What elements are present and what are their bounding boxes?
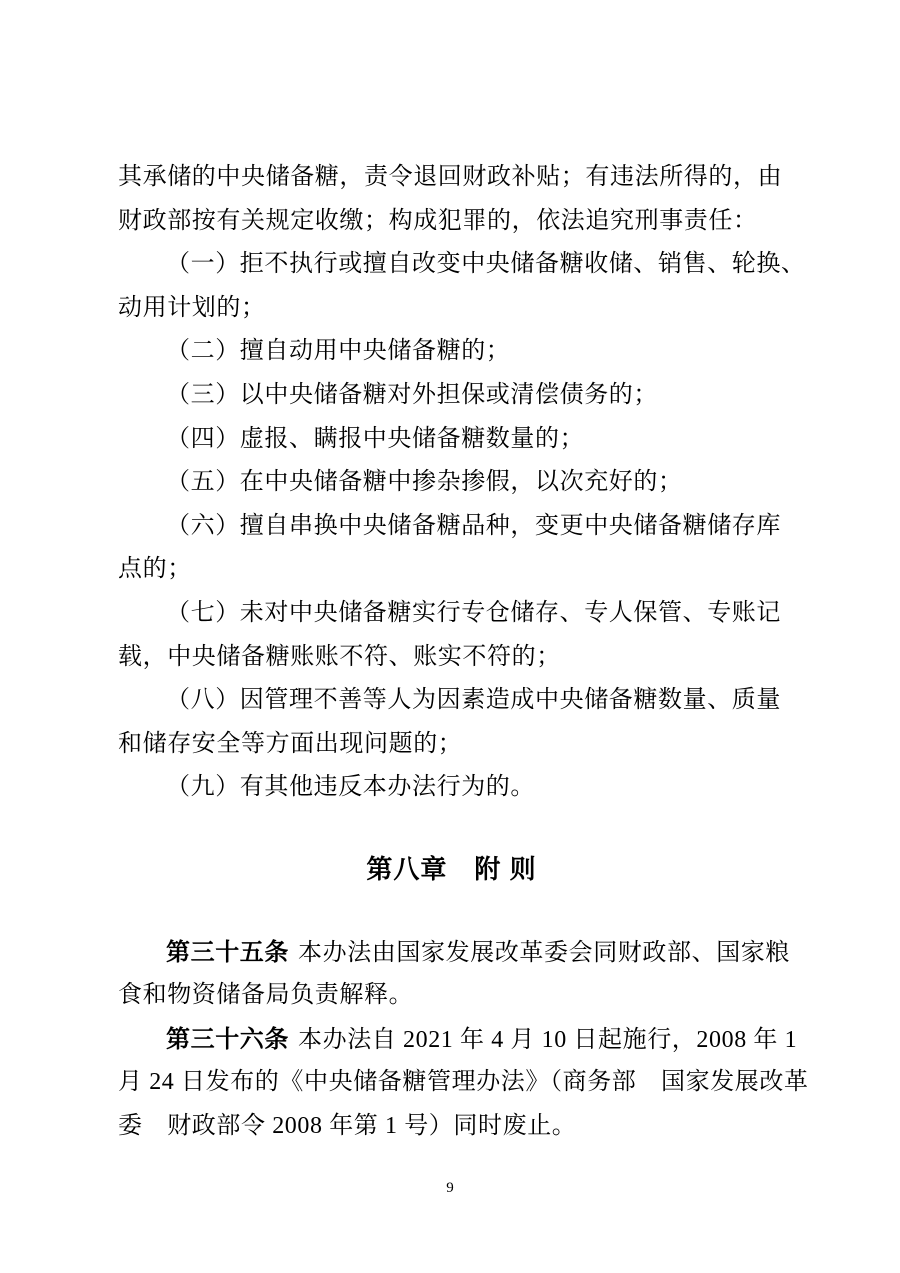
document-text-block: 其承储的中央储备糖，责令退回财政补贴；有违法所得的，由 财政部按有关规定收缴；构…: [118, 156, 785, 1148]
list-item-line: 点的；: [118, 548, 785, 592]
line-text: 其承储的中央储备糖，责令退回财政补贴；有违法所得的，由: [118, 164, 782, 190]
line-text: 和储存安全等方面出现问题的；: [118, 731, 462, 757]
line-text: （七）未对中央储备糖实行专仓储存、专人保管、专账记: [166, 600, 781, 626]
list-item-line: （九）有其他违反本办法行为的。: [118, 766, 785, 810]
article-line: 第三十六条本办法自 2021 年 4 月 10 日起施行，2008 年 1: [118, 1018, 785, 1062]
list-item-line: （三）以中央储备糖对外担保或清偿债务的；: [118, 374, 785, 418]
line-text: （五）在中央储备糖中掺杂掺假，以次充好的；: [166, 469, 683, 495]
chapter-heading: 第八章 附 则: [118, 848, 785, 892]
list-item-line: 动用计划的；: [118, 287, 785, 331]
article-number: 第三十五条: [166, 939, 289, 966]
page-number: 9: [0, 1179, 900, 1197]
line-text: （六）擅自串换中央储备糖品种，变更中央储备糖储存库: [166, 513, 781, 539]
article-line: 委 财政部令 2008 年第 1 号）同时废止。: [118, 1105, 785, 1149]
list-item-line: （五）在中央储备糖中掺杂掺假，以次充好的；: [118, 461, 785, 505]
article-line: 食和物资储备局负责解释。: [118, 974, 785, 1018]
article-line: 第三十五条本办法由国家发展改革委会同财政部、国家粮: [118, 931, 785, 975]
line-text: （二）擅自动用中央储备糖的；: [166, 338, 510, 364]
line-text: 动用计划的；: [118, 295, 266, 321]
body-line: 其承储的中央储备糖，责令退回财政补贴；有违法所得的，由: [118, 156, 785, 200]
line-text: 本办法由国家发展改革委会同财政部、国家粮: [298, 940, 790, 966]
list-item-line: （六）擅自串换中央储备糖品种，变更中央储备糖储存库: [118, 505, 785, 549]
article-number: 第三十六条: [166, 1026, 289, 1053]
list-item-line: （八）因管理不善等人为因素造成中央储备糖数量、质量: [118, 679, 785, 723]
line-text: （四）虚报、瞒报中央储备糖数量的；: [166, 426, 584, 452]
line-text: （一）拒不执行或擅自改变中央储备糖收储、销售、轮换、: [166, 251, 806, 277]
line-text: 食和物资储备局负责解释。: [118, 982, 413, 1008]
list-item-line: 载，中央储备糖账账不符、账实不符的；: [118, 636, 785, 680]
article-line: 月 24 日发布的《中央储备糖管理办法》（商务部 国家发展改革: [118, 1061, 785, 1105]
line-text: 本办法自 2021 年 4 月 10 日起施行，2008 年 1: [298, 1027, 797, 1053]
list-item-line: （四）虚报、瞒报中央储备糖数量的；: [118, 418, 785, 462]
line-text: 委 财政部令 2008 年第 1 号）同时废止。: [118, 1113, 576, 1139]
list-item-line: 和储存安全等方面出现问题的；: [118, 723, 785, 767]
line-text: （八）因管理不善等人为因素造成中央储备糖数量、质量: [166, 687, 781, 713]
line-text: 财政部按有关规定收缴；构成犯罪的，依法追究刑事责任：: [118, 208, 758, 234]
line-text: （三）以中央储备糖对外担保或清偿债务的；: [166, 382, 658, 408]
line-text: （九）有其他违反本办法行为的。: [166, 774, 535, 800]
list-item-line: （七）未对中央储备糖实行专仓储存、专人保管、专账记: [118, 592, 785, 636]
list-item-line: （二）擅自动用中央储备糖的；: [118, 330, 785, 374]
list-item-line: （一）拒不执行或擅自改变中央储备糖收储、销售、轮换、: [118, 243, 785, 287]
line-text: 月 24 日发布的《中央储备糖管理办法》（商务部 国家发展改革: [118, 1069, 809, 1095]
body-line: 财政部按有关规定收缴；构成犯罪的，依法追究刑事责任：: [118, 200, 785, 244]
document-page: 其承储的中央储备糖，责令退回财政补贴；有违法所得的，由 财政部按有关规定收缴；构…: [0, 0, 900, 1273]
line-text: 载，中央储备糖账账不符、账实不符的；: [118, 644, 561, 670]
line-text: 点的；: [118, 556, 192, 582]
